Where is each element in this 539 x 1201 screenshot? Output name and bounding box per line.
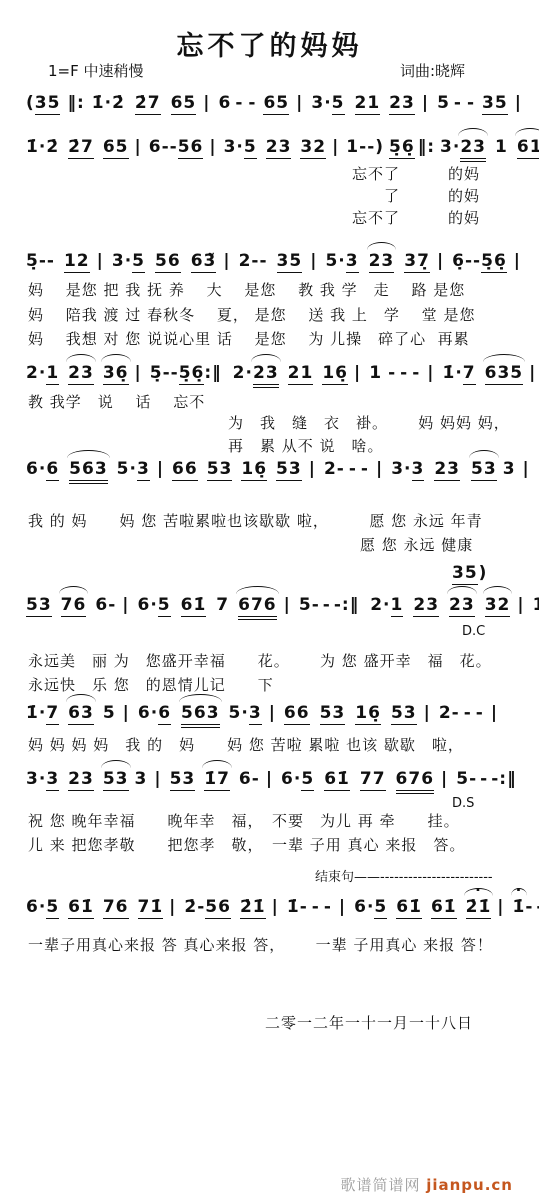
note-token: ·: [241, 702, 248, 724]
note-token: 35: [277, 250, 303, 273]
key-and-tempo: 1=F 中速稍慢: [48, 60, 144, 81]
note-token: |: [266, 768, 273, 790]
note-token: 53: [320, 702, 346, 725]
note-token: 5̣: [26, 250, 39, 272]
note-token: 2̇1̇: [240, 896, 266, 919]
note-token: :‖: [342, 594, 359, 616]
note-token: 21: [355, 92, 381, 115]
note-token: |: [296, 92, 303, 114]
note-token: 66: [284, 702, 310, 725]
note-token: -: [324, 896, 332, 918]
notation-line: 3·323533|531̇76-|6·561̇77676|5---:‖: [26, 768, 517, 794]
note-token: 6: [149, 136, 162, 158]
note-token: ·: [246, 362, 253, 384]
note-token: ·: [324, 92, 331, 114]
note-token: |: [123, 702, 130, 724]
note-token: 53: [103, 768, 129, 791]
note-token: 3: [135, 768, 148, 790]
note-token: :‖: [499, 768, 516, 790]
note-token: 5: [244, 136, 257, 159]
note-token: --: [251, 250, 267, 272]
lyric-line: 了 的妈: [352, 187, 480, 205]
note-token: |: [269, 702, 276, 724]
note-token: 1̇: [26, 702, 39, 724]
lyric-line: 永远快 乐 您 的恩情儿记 下: [28, 676, 274, 694]
note-token: 6: [138, 702, 151, 724]
note-token: 1: [369, 362, 382, 384]
note-token: 61̇: [324, 768, 350, 791]
note-token: 35: [35, 92, 61, 115]
note-token: ·: [150, 594, 157, 616]
note-token: |: [309, 458, 316, 480]
note-token: 23: [253, 362, 279, 388]
note-token: ·: [151, 702, 158, 724]
notation-line: (35‖:1̇·2̇2̇765|6--65|3·52123|5--35|: [26, 92, 522, 115]
lyric-line: 妈 我想 对 您 说说心里 话 是您 为 儿操 碎了心 再累: [28, 330, 470, 348]
note-token: |: [427, 362, 434, 384]
note-token: 5: [158, 594, 171, 617]
note-token: 53: [170, 768, 196, 791]
notation-line: 1̇·7635|6·65635·3|665316̣53|2---|: [26, 702, 498, 728]
note-token: 21: [288, 362, 314, 385]
note-token: -: [412, 362, 420, 384]
note-token: |: [97, 250, 104, 272]
note-token: -: [467, 92, 475, 114]
note-token: -: [300, 896, 308, 918]
notation-line: 1̇·2̇2̇765|6--56|3·52332|1--)5̣6̣‖:3·231…: [26, 136, 539, 162]
note-token: -: [312, 896, 320, 918]
note-token: -: [525, 896, 533, 918]
note-token: 12: [64, 250, 90, 273]
lyric-line: 我 的 妈 妈 您 苦啦累啦也该歇歇 啦， 愿 您 永远 年青: [28, 512, 483, 530]
note-token: 6: [281, 768, 294, 790]
note-token: -: [248, 92, 256, 114]
note-token: ·: [39, 362, 46, 384]
note-token: 3: [391, 458, 404, 480]
note-token: --: [163, 362, 179, 384]
note-token: 3: [26, 768, 39, 790]
note-token: 5: [103, 702, 116, 724]
note-token: 2̇: [112, 92, 125, 114]
note-token: |: [157, 458, 164, 480]
note-token: 5: [299, 594, 312, 616]
note-token: 3: [412, 458, 425, 481]
notation-line: 53766-|6·561̇7676|5---:‖2·1232332|1---‖:: [26, 594, 539, 620]
note-token: 1̇: [26, 136, 39, 158]
note-token: 3: [503, 458, 516, 480]
note-token: 2̇1̇: [466, 896, 492, 919]
note-token: 61̇: [431, 896, 457, 919]
note-token: |: [517, 594, 524, 616]
note-token: ·: [455, 362, 462, 384]
note-token: ·: [130, 458, 137, 480]
song-title: 忘不了的妈妈: [0, 24, 539, 63]
note-token: ‖:: [67, 92, 84, 114]
note-token: 2: [26, 362, 39, 384]
note-token: ·: [39, 768, 46, 790]
note-token: -: [464, 702, 472, 724]
note-token: 23: [68, 362, 94, 385]
watermark-site-url: jianpu.cn: [426, 1176, 513, 1194]
note-token: -: [400, 362, 408, 384]
note-token: 5: [437, 92, 450, 114]
note-token: |: [122, 594, 129, 616]
lyric-line: 妈 是您 把 我 抚 养 大 是您 教 我 学 走 路 是您: [28, 281, 465, 299]
note-token: 563: [181, 702, 220, 728]
note-token: 61̇: [396, 896, 422, 919]
note-token: |: [272, 896, 279, 918]
notation-line: 5̣--12|3·55663̃|2--35|5·32337̣|6̣--5̣6̣|: [26, 250, 521, 273]
note-token: 36̣: [103, 362, 129, 385]
note-token: 3: [224, 136, 237, 158]
note-token: 635: [485, 362, 524, 385]
note-token: 3: [112, 250, 125, 272]
note-token: -: [388, 362, 396, 384]
notation-line: 6·561̇7671̇|2̇-562̇1̇|1̇---|6·561̇61̇2̇1…: [26, 896, 539, 919]
note-token: 1: [533, 594, 539, 616]
note-token: -: [361, 458, 369, 480]
note-token: 65: [171, 92, 197, 115]
score-page: 忘不了的妈妈 1=F 中速稍慢 词曲:晓辉 (35‖:1̇·2̇2̇765|6-…: [0, 0, 539, 1201]
note-token: ·: [236, 136, 243, 158]
lyric-line: 永远美 丽 为 您盛开幸福 花。 为 您 盛开幸 福 花。: [28, 652, 492, 670]
note-token: |: [339, 896, 346, 918]
note-token: |: [169, 896, 176, 918]
note-token: 23: [449, 594, 475, 617]
note-token: 23: [413, 594, 439, 617]
note-token: 76: [61, 594, 87, 617]
note-token: 5: [301, 768, 314, 791]
note-token: |: [529, 362, 536, 384]
note-token: 23: [68, 768, 94, 791]
note-token: 2: [370, 594, 383, 616]
composer-credit: 词曲:晓辉: [400, 60, 465, 81]
note-token: 6̣: [452, 250, 465, 272]
note-token: -: [323, 594, 331, 616]
note-token: 66: [172, 458, 198, 481]
note-token: -: [197, 896, 205, 918]
note-token: 2̇7: [68, 136, 94, 159]
note-token: -: [454, 92, 462, 114]
note-token: 61: [517, 136, 539, 159]
note-token: |: [354, 362, 361, 384]
note-token: 53: [276, 458, 302, 481]
note-token: 1̇7: [204, 768, 230, 791]
note-token: 5: [132, 250, 145, 273]
note-token: 676: [238, 594, 277, 620]
note-token: 2: [239, 250, 252, 272]
note-token: 1: [495, 136, 508, 158]
note-token: |: [154, 768, 161, 790]
lyric-line: 二零一二年一十一月一十八日: [265, 1014, 473, 1032]
note-token: ·: [39, 702, 46, 724]
note-token: 77: [360, 768, 386, 791]
note-token: ): [479, 562, 488, 584]
note-token: ·: [453, 136, 460, 158]
note-token: --: [39, 250, 55, 272]
note-token: -: [452, 702, 460, 724]
note-token: 6: [239, 768, 252, 790]
note-token: |: [497, 896, 504, 918]
note-token: 6: [26, 458, 39, 480]
note-token: 65: [263, 92, 289, 115]
note-token: 1: [391, 594, 404, 617]
note-token: ·: [125, 250, 132, 272]
score-label: D.S: [452, 796, 474, 811]
note-token: 23: [389, 92, 415, 115]
note-token: --: [465, 250, 481, 272]
note-token: 563: [69, 458, 108, 484]
lyric-line: 为 我 缝 衣 褂。 妈 妈妈 妈，: [228, 414, 510, 432]
note-token: ·: [39, 458, 46, 480]
note-token: 3: [440, 136, 453, 158]
score-label: 结束句——­------------------------: [315, 866, 493, 885]
note-token: 61̇: [68, 896, 94, 919]
note-token: |: [135, 136, 142, 158]
note-token: -: [312, 594, 320, 616]
note-token: 6: [218, 92, 231, 114]
note-token: 5: [332, 92, 345, 115]
note-token: -: [337, 458, 345, 480]
note-token: (: [26, 92, 35, 114]
lyric-line: 祝 您 晚年幸福 晚年幸 福， 不要 为儿 再 牵 挂。: [28, 812, 460, 830]
note-token: ·: [404, 458, 411, 480]
note-token: 23: [434, 458, 460, 481]
note-token: 2̇: [46, 136, 59, 158]
note-token: 5: [229, 702, 242, 724]
note-token: ·: [338, 250, 345, 272]
note-token: ): [375, 136, 384, 158]
note-token: 37̣: [404, 250, 430, 273]
note-token: |: [491, 702, 498, 724]
note-token: -: [334, 594, 342, 616]
note-token: 53: [207, 458, 233, 481]
note-token: 676: [396, 768, 435, 794]
note-token: 5̣6̣: [179, 362, 205, 385]
note-token: 53: [391, 702, 417, 725]
notation-line: 35): [452, 562, 487, 585]
note-token: 1̇: [92, 92, 105, 114]
note-token: |: [441, 768, 448, 790]
score-label: D.C: [462, 624, 485, 639]
note-token: 5̣: [150, 362, 163, 384]
note-token: 5: [117, 458, 130, 480]
note-token: ·: [105, 92, 112, 114]
note-token: |: [437, 250, 444, 272]
note-token: |: [223, 250, 230, 272]
note-token: 5: [46, 896, 59, 919]
note-token: 6: [46, 458, 59, 481]
note-token: ·: [383, 594, 390, 616]
note-token: 32: [300, 136, 326, 159]
note-token: 3: [311, 92, 324, 114]
note-token: ·: [367, 896, 374, 918]
note-token: |: [376, 458, 383, 480]
note-token: 5: [374, 896, 387, 919]
watermark: 歌谱简谱网 jianpu.cn: [340, 1174, 513, 1195]
note-token: ·: [39, 136, 46, 158]
note-token: 56: [178, 136, 204, 159]
note-token: ·: [39, 896, 46, 918]
note-token: |: [310, 250, 317, 272]
note-token: 56: [205, 896, 231, 919]
note-token: -: [491, 768, 499, 790]
note-token: |: [523, 458, 530, 480]
note-token: 63̃: [191, 250, 217, 273]
note-token: 61̇: [181, 594, 207, 617]
lyric-line: 妈 妈 妈 妈 我 的 妈 妈 您 苦啦 累啦 也该 歇歇 啦，: [28, 736, 464, 754]
note-token: 5̣6̣: [389, 136, 415, 159]
note-token: 71̇: [138, 896, 164, 919]
note-token: --: [359, 136, 375, 158]
note-token: -: [252, 768, 260, 790]
note-token: 6: [137, 594, 150, 616]
note-token: ‖:: [418, 136, 435, 158]
note-token: |: [515, 92, 522, 114]
lyric-line: 忘不了 的妈: [352, 209, 480, 227]
note-token: 16̣: [322, 362, 348, 385]
note-token: 16̣: [241, 458, 267, 481]
note-token: 53: [26, 594, 52, 617]
note-token: 3: [249, 702, 262, 725]
note-token: |: [332, 136, 339, 158]
note-token: 2: [324, 458, 337, 480]
note-token: 5: [325, 250, 338, 272]
note-token: -: [108, 594, 116, 616]
note-token: 56: [155, 250, 181, 273]
note-token: 2̇7: [135, 92, 161, 115]
notation-line: 2·12336̣|5̣--5̣6̣:‖2·232116̣|1---|1̇·763…: [26, 362, 536, 388]
note-token: 7: [216, 594, 229, 616]
note-token: 6: [354, 896, 367, 918]
watermark-site-name: 歌谱简谱网: [340, 1176, 426, 1194]
note-token: 6: [26, 896, 39, 918]
lyric-line: 再 累 从不 说 啥。: [228, 437, 384, 455]
note-token: |: [209, 136, 216, 158]
note-token: 1̇: [442, 362, 455, 384]
note-token: 35: [452, 562, 478, 585]
lyric-line: 愿 您 永远 健康: [360, 536, 473, 554]
note-token: -: [480, 768, 488, 790]
note-token: 3: [46, 768, 59, 791]
note-token: 5: [456, 768, 469, 790]
note-token: 1: [46, 362, 59, 385]
note-token: 1̇: [513, 896, 526, 918]
note-token: 6: [158, 702, 171, 725]
note-token: 2: [233, 362, 246, 384]
note-token: :‖: [204, 362, 221, 384]
note-token: 2̇: [184, 896, 197, 918]
lyric-line: 儿 来 把您孝敬 把您孝 敬， 一辈 子用 真心 来报 答。: [28, 836, 465, 854]
note-token: --: [162, 136, 178, 158]
note-token: |: [422, 92, 429, 114]
note-token: 35: [482, 92, 508, 115]
note-token: ·: [294, 768, 301, 790]
note-token: -: [476, 702, 484, 724]
note-token: 3: [137, 458, 150, 481]
note-token: |: [424, 702, 431, 724]
lyric-line: 妈 陪我 渡 过 春秋冬 夏， 是您 送 我 上 学 堂 是您: [28, 306, 475, 324]
note-token: |: [514, 250, 521, 272]
note-token: |: [284, 594, 291, 616]
note-token: 23: [266, 136, 292, 159]
lyric-line: 一辈子用真心来报 答 真心来报 答， 一辈 子用真心 来报 答！: [28, 936, 493, 954]
notation-line: 6·65635·3|665316̣53|2---|3·323533|: [26, 458, 530, 484]
note-token: 16̣: [355, 702, 381, 725]
note-token: 76: [103, 896, 129, 919]
note-token: 1: [346, 136, 359, 158]
note-token: 5̣6̣: [481, 250, 507, 273]
note-token: 7: [46, 702, 59, 725]
note-token: |: [203, 92, 210, 114]
note-token: 2: [439, 702, 452, 724]
lyric-line: 忘不了 的妈: [352, 165, 480, 183]
note-token: -: [235, 92, 243, 114]
note-token: 23: [460, 136, 486, 162]
note-token: 3: [346, 250, 359, 273]
note-token: 23: [369, 250, 395, 273]
note-token: -: [469, 768, 477, 790]
note-token: 6: [95, 594, 108, 616]
note-token: 1̇: [287, 896, 300, 918]
note-token: 7: [463, 362, 476, 385]
note-token: 53: [471, 458, 497, 481]
note-token: -: [349, 458, 357, 480]
note-token: 32: [485, 594, 511, 617]
note-token: 65: [103, 136, 129, 159]
note-token: |: [135, 362, 142, 384]
note-token: 63: [68, 702, 94, 725]
lyric-line: 教 我学 说 话 忘不: [28, 393, 205, 411]
